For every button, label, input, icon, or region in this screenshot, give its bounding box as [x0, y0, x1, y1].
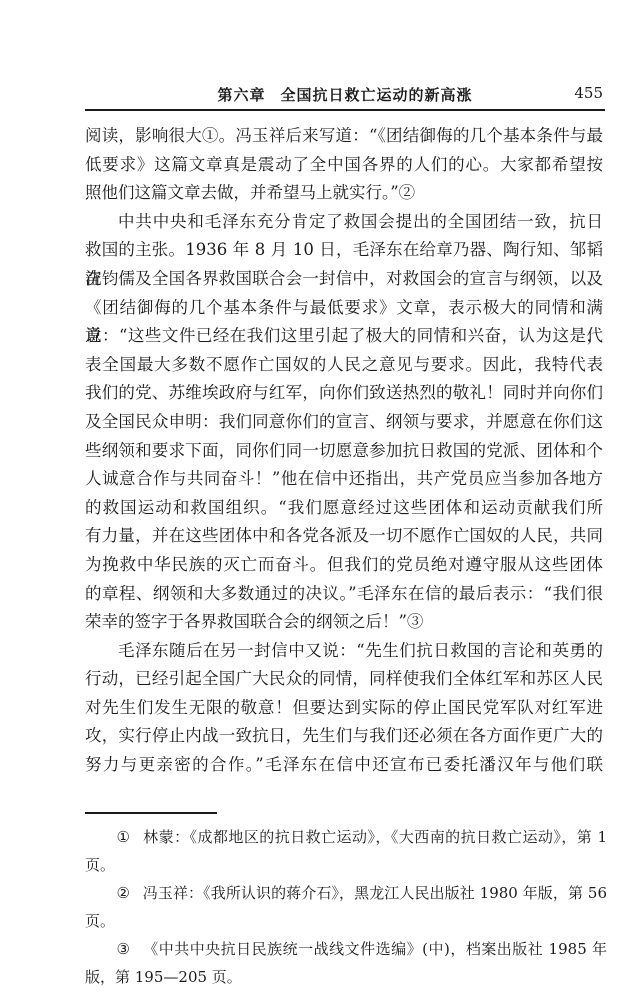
book-page: 第六章全国抗日救亡运动的新高涨 455 阅读，影响很大①。冯玉祥后来写道：“《团… [0, 0, 644, 1000]
text-line: 我们的党、苏维埃政府与红军，向你们致送热烈的敬礼！同时并向你们 [85, 379, 603, 408]
text-line: 为挽救中华民族的灭亡而奋斗。但我们的党员绝对遵守服从这些团体 [85, 551, 603, 580]
text-line: 《团结御侮的几个基本条件与最低要求》文章，表示极大的同情和满意， [85, 294, 603, 323]
footnote-text: 冯玉祥：《我所认识的蒋介石》，黑龙江人民出版社 1980 年版，第 56 页。 [85, 884, 607, 930]
text-line: 照他们这篇文章去做，并希望马上就实行。”② [85, 179, 603, 208]
footnote: ②冯玉祥：《我所认识的蒋介石》，黑龙江人民出版社 1980 年版，第 56 页。 [85, 879, 607, 935]
text-line: 说：“这些文件已经在我们这里引起了极大的同情和兴奋，认为这是代 [85, 322, 603, 351]
footnote-marker: ③ [117, 940, 131, 958]
text-line: 努力与更亲密的合作。”毛泽东在信中还宣布已委托潘汉年与他们联 [85, 751, 603, 780]
text-line: 毛泽东随后在另一封信中又说：“先生们抗日救国的言论和英勇的 [85, 637, 603, 666]
text-line: 救国的主张。1936 年 8 月 10 日，毛泽东在给章乃器、陶行知、邹韬奋、 [85, 236, 603, 265]
text-line: 有力量，并在这些团体中和各党各派及一切不愿作亡国奴的人民，共同 [85, 522, 603, 551]
text-line: 行动，已经引起全国广大民众的同情，同样使我们全体红军和苏区人民 [85, 665, 603, 694]
text-line: 表全国最大多数不愿作亡国奴的人民之意见与要求。因此，我特代表 [85, 351, 603, 380]
text-line: 的章程、纲领和大多数通过的决议。”毛泽东在信的最后表示：“我们很 [85, 580, 603, 609]
body-text: 阅读，影响很大①。冯玉祥后来写道：“《团结御侮的几个基本条件与最 低要求》这篇文… [85, 122, 603, 780]
text-line: 及全国民众申明：我们同意你们的宣言、纲领与要求，并愿意在你们这 [85, 408, 603, 437]
footnotes: ①林蒙：《成都地区的抗日救亡运动》，《大西南的抗日救亡运动》，第 1 页。 ②冯… [85, 823, 607, 991]
paragraph: 毛泽东随后在另一封信中又说：“先生们抗日救国的言论和英勇的 行动，已经引起全国广… [85, 637, 603, 780]
text-line: 些纲领和要求下面，同你们同一切愿意参加抗日救国的党派、团体和个 [85, 437, 603, 466]
footnote-marker: ① [117, 828, 131, 846]
text-line: 阅读，影响很大①。冯玉祥后来写道：“《团结御侮的几个基本条件与最 [85, 122, 603, 151]
running-header: 第六章全国抗日救亡运动的新高涨 455 [85, 84, 605, 106]
footnote-marker: ② [117, 884, 131, 902]
text-line: 对先生们发生无限的敬意！但要达到实际的停止国民党军队对红军进 [85, 694, 603, 723]
text-line: 荣幸的签字于各界救国联合会的纲领之后！”③ [85, 608, 603, 637]
footnote: ③《中共中央抗日民族统一战线文件选编》(中)，档案出版社 1985 年版，第 1… [85, 935, 607, 991]
footnote: ①林蒙：《成都地区的抗日救亡运动》，《大西南的抗日救亡运动》，第 1 页。 [85, 823, 607, 879]
chapter-heading: 第六章全国抗日救亡运动的新高涨 [85, 84, 605, 105]
chapter-number: 第六章 [217, 86, 265, 104]
text-line: 沈钧儒及全国各界救国联合会一封信中，对救国会的宣言与纲领，以及 [85, 265, 603, 294]
footnote-text: 林蒙：《成都地区的抗日救亡运动》，《大西南的抗日救亡运动》，第 1 页。 [85, 828, 607, 874]
chapter-title: 全国抗日救亡运动的新高涨 [281, 86, 473, 104]
text-line: 中共中央和毛泽东充分肯定了救国会提出的全国团结一致，抗日 [85, 208, 603, 237]
text-line: 的救国运动和救国组织。“我们愿意经过这些团体和运动贡献我们所 [85, 494, 603, 523]
text-line: 人诚意合作与共同奋斗！”他在信中还指出，共产党员应当参加各地方 [85, 465, 603, 494]
page-number: 455 [574, 84, 603, 102]
header-rule [85, 109, 605, 111]
paragraph: 阅读，影响很大①。冯玉祥后来写道：“《团结御侮的几个基本条件与最 低要求》这篇文… [85, 122, 603, 208]
footnote-text: 《中共中央抗日民族统一战线文件选编》(中)，档案出版社 1985 年版，第 19… [85, 940, 607, 986]
footnote-separator [85, 812, 217, 814]
text-line: 攻，实行停止内战一致抗日，先生们与我们还必须在各方面作更广大的 [85, 722, 603, 751]
paragraph: 中共中央和毛泽东充分肯定了救国会提出的全国团结一致，抗日 救国的主张。1936 … [85, 208, 603, 637]
text-line: 低要求》这篇文章真是震动了全中国各界的人们的心。大家都希望按 [85, 151, 603, 180]
